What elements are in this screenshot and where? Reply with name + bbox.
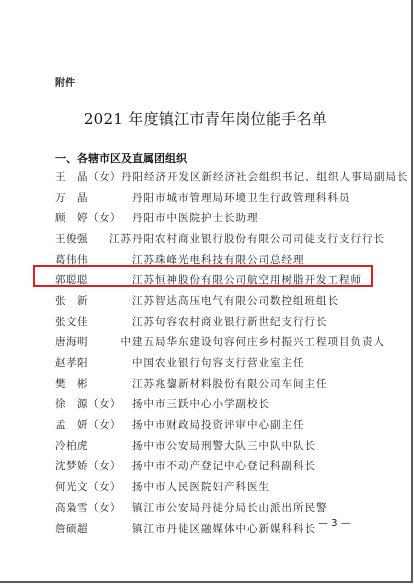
- person-position: 江苏丹阳农村商业银行股份有限公司司徒支行支行行长: [109, 231, 385, 246]
- person-position: 扬中市财政局投资评审中心副主任: [132, 417, 385, 432]
- person-name: 高枭雪（女）: [55, 500, 132, 515]
- list-item: 万 晶丹阳市城市管理局环境卫生行政管理科科员: [55, 187, 385, 208]
- person-position: 江苏句容农村商业银行新世纪支行行长: [132, 314, 385, 329]
- person-position: 扬中市三跃中心小学副校长: [132, 396, 385, 411]
- person-name: 詹硕超: [55, 521, 132, 536]
- page-number: — 3 —: [318, 518, 351, 529]
- person-name: 王 晶（女）: [55, 169, 121, 184]
- person-name: 何光文（女）: [55, 479, 132, 494]
- list-item: 沈梦娇（女）扬中市不动产登记中心登记科副科长: [55, 456, 385, 477]
- list-item: 顾 婷（女）丹阳市中医院护士长助理: [55, 207, 385, 228]
- person-position: 中建五局华东建设句容何庄乡村振兴工程项目负责人: [121, 334, 386, 349]
- person-name: 冷柏虎: [55, 438, 132, 453]
- list-item: 孟 妍（女）扬中市财政局投资评审中心副主任: [55, 414, 385, 435]
- person-name: 孟 妍（女）: [55, 417, 132, 432]
- person-position: 丹阳经济开发区新经济社会组织书记、组织人事局副局长: [121, 169, 409, 184]
- list-item: 徐 源（女）扬中市三跃中心小学副校长: [55, 394, 385, 415]
- person-name: 沈梦娇（女）: [55, 458, 132, 473]
- person-name: 顾 婷（女）: [55, 210, 132, 225]
- person-name: 赵孝阳: [55, 355, 132, 370]
- document-title: 2021 年度镇江市青年岗位能手名单: [0, 108, 411, 129]
- name-list: 王 晶（女）丹阳经济开发区新经济社会组织书记、组织人事局副局长 万 晶丹阳市城市…: [55, 166, 385, 538]
- highlight-box: [33, 265, 373, 287]
- list-item: 何光文（女）扬中市人民医院妇产科医生: [55, 476, 385, 497]
- person-position: 丹阳市中医院护士长助理: [132, 210, 385, 225]
- person-name: 张文佳: [55, 314, 132, 329]
- person-position: 江苏智达高压电气有限公司数控组班组长: [132, 293, 385, 308]
- person-name: 王俊强: [55, 231, 109, 246]
- list-item: 冷柏虎扬中市公安局刑警大队三中队中队长: [55, 435, 385, 456]
- list-item: 王俊强江苏丹阳农村商业银行股份有限公司司徒支行支行行长: [55, 228, 385, 249]
- person-name: 樊 彬: [55, 376, 132, 391]
- list-item: 张文佳江苏句容农村商业银行新世纪支行行长: [55, 311, 385, 332]
- list-item: 高枭雪（女）镇江市公安局丹徒分局长山派出所民警: [55, 497, 385, 518]
- person-position: 中国农业银行句容支行营业室主任: [132, 355, 385, 370]
- person-position: 江苏兆鋆新材料股份有限公司车间主任: [132, 376, 385, 391]
- person-position: 镇江市公安局丹徒分局长山派出所民警: [132, 500, 385, 515]
- list-item: 唐海明中建五局华东建设句容何庄乡村振兴工程项目负责人: [55, 332, 385, 353]
- section-heading: 一、各辖市区及直属团组织: [55, 150, 187, 166]
- document-page: 附件 2021 年度镇江市青年岗位能手名单 一、各辖市区及直属团组织 王 晶（女…: [0, 0, 413, 583]
- list-item: 张 新江苏智达高压电气有限公司数控组班组长: [55, 290, 385, 311]
- person-position: 丹阳市城市管理局环境卫生行政管理科科员: [132, 190, 385, 205]
- list-item: 樊 彬江苏兆鋆新材料股份有限公司车间主任: [55, 373, 385, 394]
- person-position: 扬中市公安局刑警大队三中队中队长: [132, 438, 385, 453]
- list-item: 王 晶（女）丹阳经济开发区新经济社会组织书记、组织人事局副局长: [55, 166, 385, 187]
- person-name: 徐 源（女）: [55, 396, 132, 411]
- person-name: 张 新: [55, 293, 132, 308]
- list-item: 赵孝阳中国农业银行句容支行营业室主任: [55, 352, 385, 373]
- attachment-label: 附件: [55, 74, 75, 89]
- person-name: 唐海明: [55, 334, 121, 349]
- person-position: 扬中市人民医院妇产科医生: [132, 479, 385, 494]
- person-name: 万 晶: [55, 190, 132, 205]
- person-position: 扬中市不动产登记中心登记科副科长: [132, 458, 385, 473]
